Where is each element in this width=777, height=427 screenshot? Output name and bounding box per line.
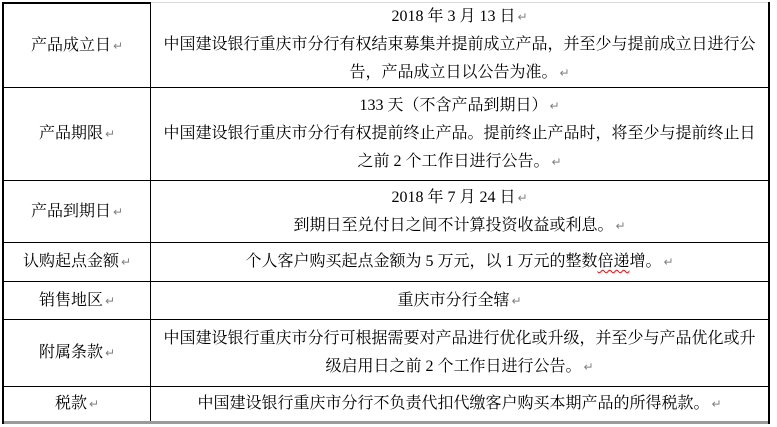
content-paragraph: 2018 年 7 月 24 日↵ (161, 184, 758, 212)
table-row-tax: 税款↵ 中国建设银行重庆市分行不负责代扣代缴客户购买本期产品的所得税款。↵ (4, 387, 768, 424)
content-paragraph: 到期日至兑付日之间不计算投资收益或利息。↵ (161, 212, 758, 240)
paragraph-text: 中国建设银行重庆市分行不负责代扣代缴客户购买本期产品的所得税款。 (197, 395, 709, 412)
paragraph-text: 2018 年 3 月 13 日 (391, 8, 515, 25)
paragraph-mark-icon: ↵ (105, 346, 115, 360)
row-label: 税款↵ (4, 390, 150, 418)
paragraph-mark-icon: ↵ (549, 99, 559, 113)
content-paragraph: 中国建设银行重庆市分行有权提前终止产品。提前终止产品时，将至少与提前终止日之前 … (161, 120, 758, 176)
paragraph-mark-icon: ↵ (663, 255, 673, 269)
paragraph-mark-icon: ↵ (559, 66, 569, 80)
content-paragraph: 2018 年 3 月 13 日↵ (161, 3, 758, 31)
row-label: 产品期限↵ (4, 120, 150, 148)
label-cell: 产品期限↵ (4, 88, 151, 180)
paragraph-mark-icon: ↵ (113, 39, 123, 53)
paragraph-text: 到期日至兑付日之间不计算投资收益或利息。 (293, 217, 613, 234)
content-cell: 中国建设银行重庆市分行不负责代扣代缴客户购买本期产品的所得税款。↵ (151, 387, 768, 421)
row-label-text: 产品成立日 (31, 37, 111, 54)
paragraph-mark-icon: ↵ (121, 255, 131, 269)
row-label-text: 附属条款 (39, 344, 103, 361)
table-row-product-maturity-date: 产品到期日↵ 2018 年 7 月 24 日↵ 到期日至兑付日之间不计算投资收益… (4, 181, 768, 243)
row-label: 销售地区↵ (4, 287, 150, 315)
row-label-text: 税款 (55, 395, 87, 412)
table-row-sales-region: 销售地区↵ 重庆市分行全辖↵ (4, 282, 768, 320)
row-label: 产品成立日↵ (4, 32, 150, 60)
table-row-product-setup-date: 产品成立日↵ 2018 年 3 月 13 日↵ 中国建设银行重庆市分行有权结束募… (4, 2, 768, 88)
content-paragraph: 中国建设银行重庆市分行可根据需要对产品进行优化或升级，并至少与产品优化或升级启用… (161, 325, 758, 381)
paragraph-mark-icon: ↵ (89, 397, 99, 411)
label-cell: 税款↵ (4, 387, 151, 421)
spellcheck-flagged-text: 倍递 (597, 253, 629, 270)
row-label: 产品到期日↵ (4, 198, 150, 226)
row-label: 认购起点金额↵ (4, 248, 150, 276)
table-row-product-term: 产品期限↵ 133 天（不含产品到期日）↵ 中国建设银行重庆市分行有权提前终止产… (4, 88, 768, 181)
row-label-text: 销售地区 (39, 292, 103, 309)
paragraph-mark-icon: ↵ (551, 155, 561, 169)
paragraph-mark-icon: ↵ (517, 191, 527, 205)
paragraph-mark-icon: ↵ (711, 397, 721, 411)
paragraph-text: 中国建设银行重庆市分行有权提前终止产品。提前终止产品时，将至少与提前终止日之前 … (163, 125, 755, 170)
content-cell: 2018 年 7 月 24 日↵ 到期日至兑付日之间不计算投资收益或利息。↵ (151, 181, 768, 242)
paragraph-mark-icon: ↵ (105, 127, 115, 141)
content-cell: 个人客户购买起点金额为 5 万元，以 1 万元的整数倍递增。↵ (151, 243, 768, 281)
label-cell: 销售地区↵ (4, 282, 151, 319)
paragraph-mark-icon: ↵ (583, 360, 593, 374)
product-terms-table: 产品成立日↵ 2018 年 3 月 13 日↵ 中国建设银行重庆市分行有权结束募… (2, 2, 770, 424)
row-label-text: 产品期限 (39, 125, 103, 142)
row-label: 附属条款↵ (4, 339, 150, 367)
paragraph-text: 重庆市分行全辖 (397, 292, 509, 309)
paragraph-text: 中国建设银行重庆市分行可根据需要对产品进行优化或升级，并至少与产品优化或升级启用… (163, 330, 755, 375)
paragraph-mark-icon: ↵ (511, 294, 521, 308)
content-paragraph: 中国建设银行重庆市分行不负责代扣代缴客户购买本期产品的所得税款。↵ (161, 390, 758, 418)
label-cell: 附属条款↵ (4, 320, 151, 386)
paragraph-text: 增。 (629, 253, 661, 270)
content-cell: 中国建设银行重庆市分行可根据需要对产品进行优化或升级，并至少与产品优化或升级启用… (151, 320, 768, 386)
content-paragraph: 中国建设银行重庆市分行有权结束募集并提前成立产品，并至少与提前成立日进行公告，产… (161, 31, 758, 87)
content-paragraph: 重庆市分行全辖↵ (161, 287, 758, 315)
row-label-text: 产品到期日 (31, 203, 111, 220)
paragraph-text: 133 天（不含产品到期日） (359, 97, 547, 114)
row-label-text: 认购起点金额 (23, 253, 119, 270)
label-cell: 认购起点金额↵ (4, 243, 151, 281)
document-page: 产品成立日↵ 2018 年 3 月 13 日↵ 中国建设银行重庆市分行有权结束募… (0, 0, 777, 427)
content-paragraph: 133 天（不含产品到期日）↵ (161, 92, 758, 120)
paragraph-text: 个人客户购买起点金额为 5 万元，以 1 万元的整数 (245, 253, 597, 270)
content-paragraph: 个人客户购买起点金额为 5 万元，以 1 万元的整数倍递增。↵ (161, 248, 758, 276)
table-row-min-subscription-amount: 认购起点金额↵ 个人客户购买起点金额为 5 万元，以 1 万元的整数倍递增。↵ (4, 243, 768, 282)
paragraph-text: 中国建设银行重庆市分行有权结束募集并提前成立产品，并至少与提前成立日进行公告，产… (163, 36, 755, 81)
paragraph-mark-icon: ↵ (517, 10, 527, 24)
label-cell: 产品成立日↵ (4, 2, 151, 87)
content-cell: 133 天（不含产品到期日）↵ 中国建设银行重庆市分行有权提前终止产品。提前终止… (151, 88, 768, 180)
paragraph-mark-icon: ↵ (105, 294, 115, 308)
content-cell: 2018 年 3 月 13 日↵ 中国建设银行重庆市分行有权结束募集并提前成立产… (151, 2, 768, 87)
paragraph-mark-icon: ↵ (113, 205, 123, 219)
content-cell: 重庆市分行全辖↵ (151, 282, 768, 319)
paragraph-mark-icon: ↵ (615, 219, 625, 233)
label-cell: 产品到期日↵ (4, 181, 151, 242)
paragraph-text: 2018 年 7 月 24 日 (391, 189, 515, 206)
table-row-additional-terms: 附属条款↵ 中国建设银行重庆市分行可根据需要对产品进行优化或升级，并至少与产品优… (4, 320, 768, 387)
